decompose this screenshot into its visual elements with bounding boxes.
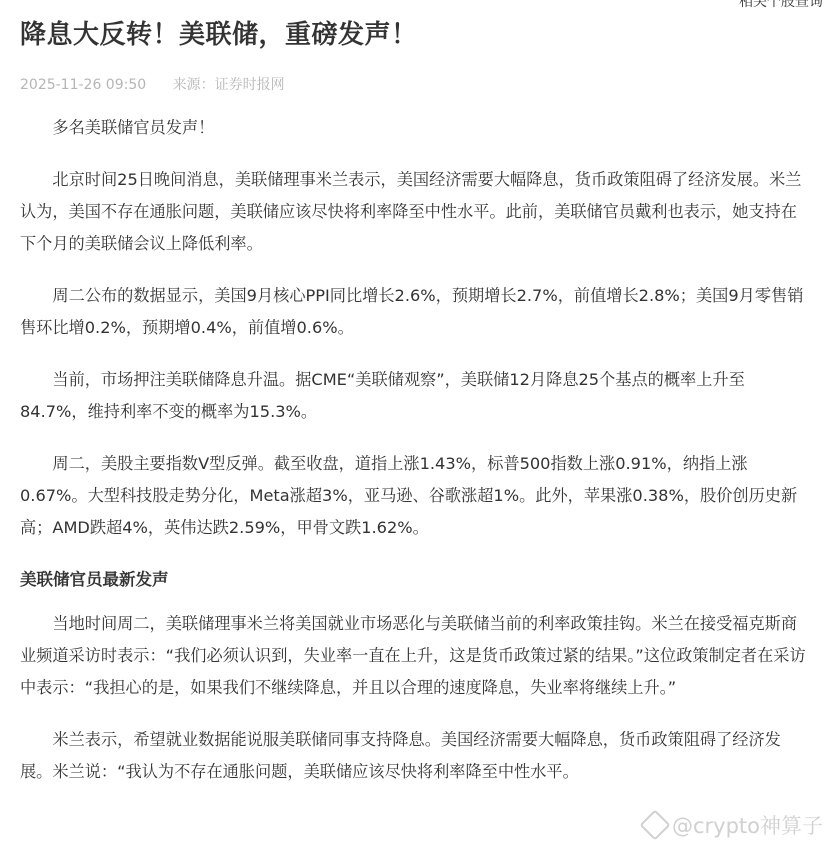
article-source: 来源：证券时报网 [173, 77, 285, 93]
paragraph: 当前，市场押注美联储降息升温。据CME“美联储观察”，美联储12月降息25个基点… [20, 364, 812, 428]
weibo-diamond-icon [639, 809, 670, 840]
paragraph: 米兰表示，希望就业数据能说服美联储同事支持降息。美国经济需要大幅降息，货币政策阻… [20, 724, 812, 788]
watermark-text: @crypto神算子 [672, 810, 823, 840]
top-right-link-cut[interactable]: 相关个股查询 [739, 0, 823, 11]
article-title: 降息大反转！美联储，重磅发声！ [20, 14, 418, 51]
paragraph: 多名美联储官员发声！ [20, 112, 812, 144]
article-meta: 2025-11-26 09:50 来源：证券时报网 [20, 74, 307, 94]
paragraph: 周二公布的数据显示，美国9月核心PPI同比增长2.6%，预期增长2.7%，前值增… [20, 280, 812, 344]
publish-date: 2025-11-26 09:50 [20, 77, 146, 93]
watermark: @crypto神算子 [644, 810, 823, 840]
paragraph: 周二，美股主要指数V型反弹。截至收盘，道指上涨1.43%，标普500指数上涨0.… [20, 448, 812, 544]
article-body: 多名美联储官员发声！ 北京时间25日晚间消息，美联储理事米兰表示，美国经济需要大… [20, 112, 812, 808]
paragraph: 北京时间25日晚间消息，美联储理事米兰表示，美国经济需要大幅降息，货币政策阻碍了… [20, 164, 812, 260]
section-heading: 美联储官员最新发声 [20, 564, 812, 596]
paragraph: 当地时间周二，美联储理事米兰将美国就业市场恶化与美联储当前的利率政策挂钩。米兰在… [20, 608, 812, 704]
